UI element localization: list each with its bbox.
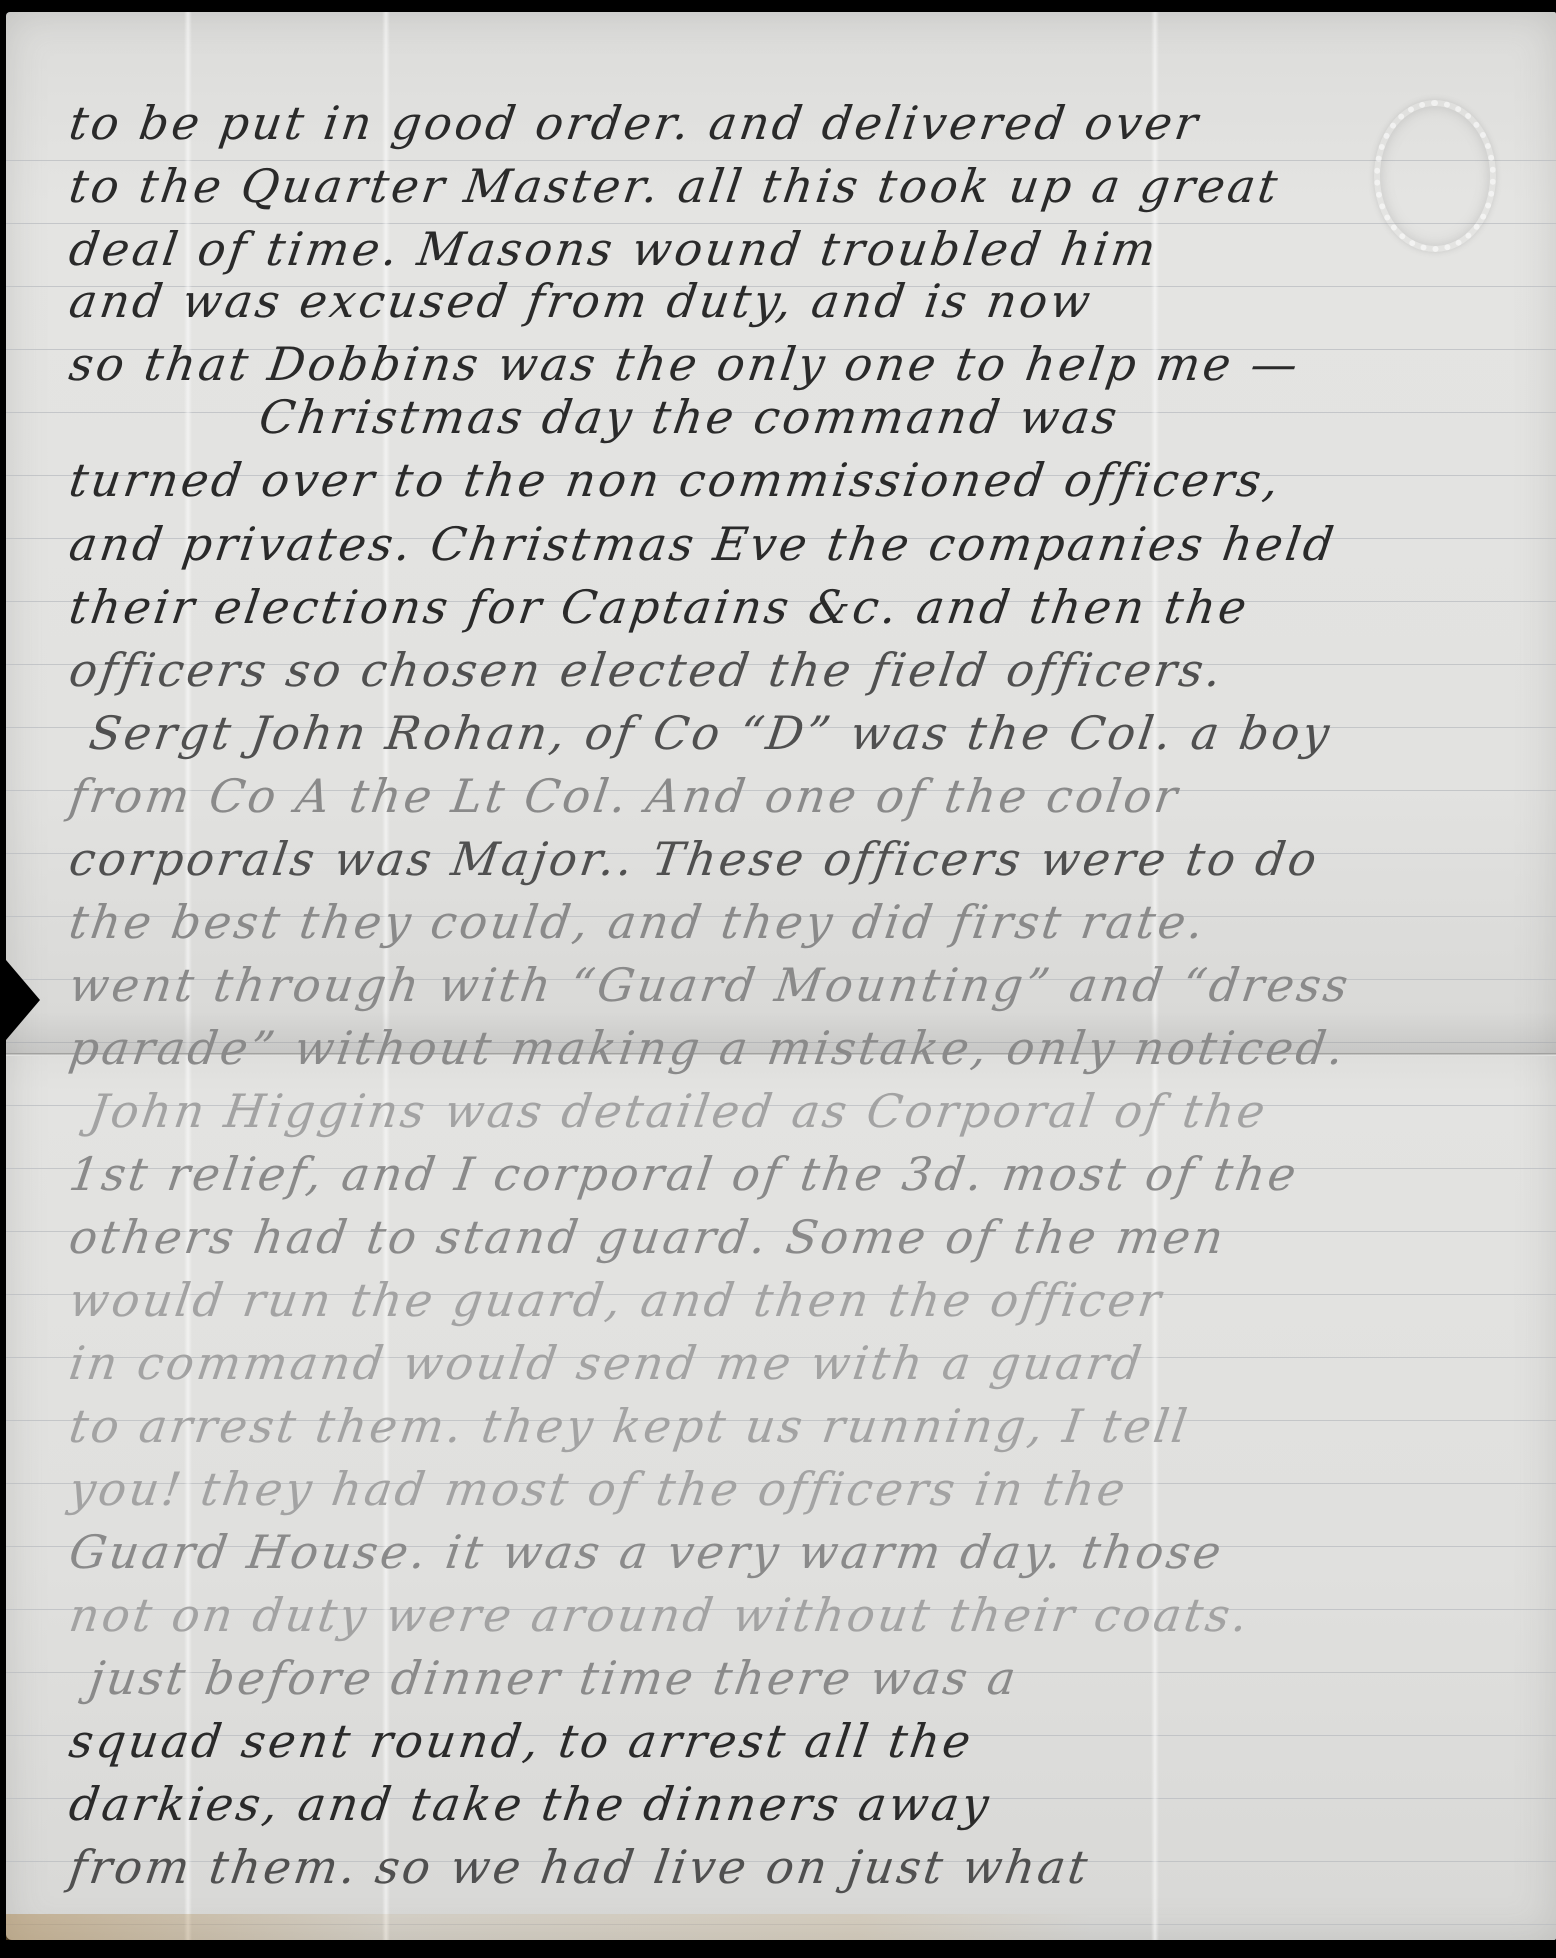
text-line: so that Dobbins was the only one to help… (66, 337, 1304, 391)
text-line: Christmas day the command was (256, 390, 1123, 444)
letter-page: to be put in good order. and delivered o… (6, 12, 1556, 1940)
text-line: corporals was Major.. These officers wer… (66, 832, 1323, 886)
text-line: not on duty were around without their co… (66, 1588, 1254, 1642)
text-line: 1st relief, and I corporal of the 3d. mo… (66, 1147, 1302, 1201)
text-line: turned over to the non commissioned offi… (66, 453, 1285, 507)
text-line: from them. so we had live on just what (66, 1840, 1094, 1894)
text-line: Sergt John Rohan, of Co “D” was the Col.… (86, 706, 1336, 760)
text-line: you! they had most of the officers in th… (66, 1462, 1131, 1516)
text-line: John Higgins was detailed as Corporal of… (86, 1084, 1271, 1138)
text-line: deal of time. Masons wound troubled him (66, 222, 1162, 276)
text-line: would run the guard, and then the office… (66, 1273, 1167, 1327)
handwritten-text: to be put in good order. and delivered o… (6, 12, 1556, 1940)
text-line: just before dinner time there was a (86, 1651, 1022, 1705)
scan-background: to be put in good order. and delivered o… (0, 0, 1556, 1958)
torn-corner (6, 960, 40, 1040)
text-line: from Co A the Lt Col. And one of the col… (66, 769, 1184, 823)
text-line: the best they could, and they did first … (66, 895, 1210, 949)
text-line: to be put in good order. and delivered o… (66, 96, 1204, 150)
text-line: to the Quarter Master. all this took up … (66, 159, 1284, 213)
text-line: squad sent round, to arrest all the (66, 1714, 977, 1768)
text-line: Guard House. it was a very warm day. tho… (66, 1525, 1227, 1579)
text-line: parade” without making a mistake, only n… (66, 1021, 1350, 1075)
text-line: their elections for Captains &c. and the… (66, 580, 1253, 634)
text-line: to arrest them. they kept us running, I … (66, 1399, 1193, 1453)
text-line: others had to stand guard. Some of the m… (66, 1210, 1230, 1264)
text-line: went through with “Guard Mounting” and “… (66, 958, 1354, 1012)
text-line: and privates. Christmas Eve the companie… (66, 517, 1340, 571)
text-line: darkies, and take the dinners away (66, 1777, 995, 1831)
text-line: in command would send me with a guard (66, 1336, 1148, 1390)
text-line: officers so chosen elected the field off… (66, 643, 1227, 697)
text-line: and was excused from duty, and is now (66, 274, 1097, 328)
ruled-line (6, 1924, 1556, 1925)
